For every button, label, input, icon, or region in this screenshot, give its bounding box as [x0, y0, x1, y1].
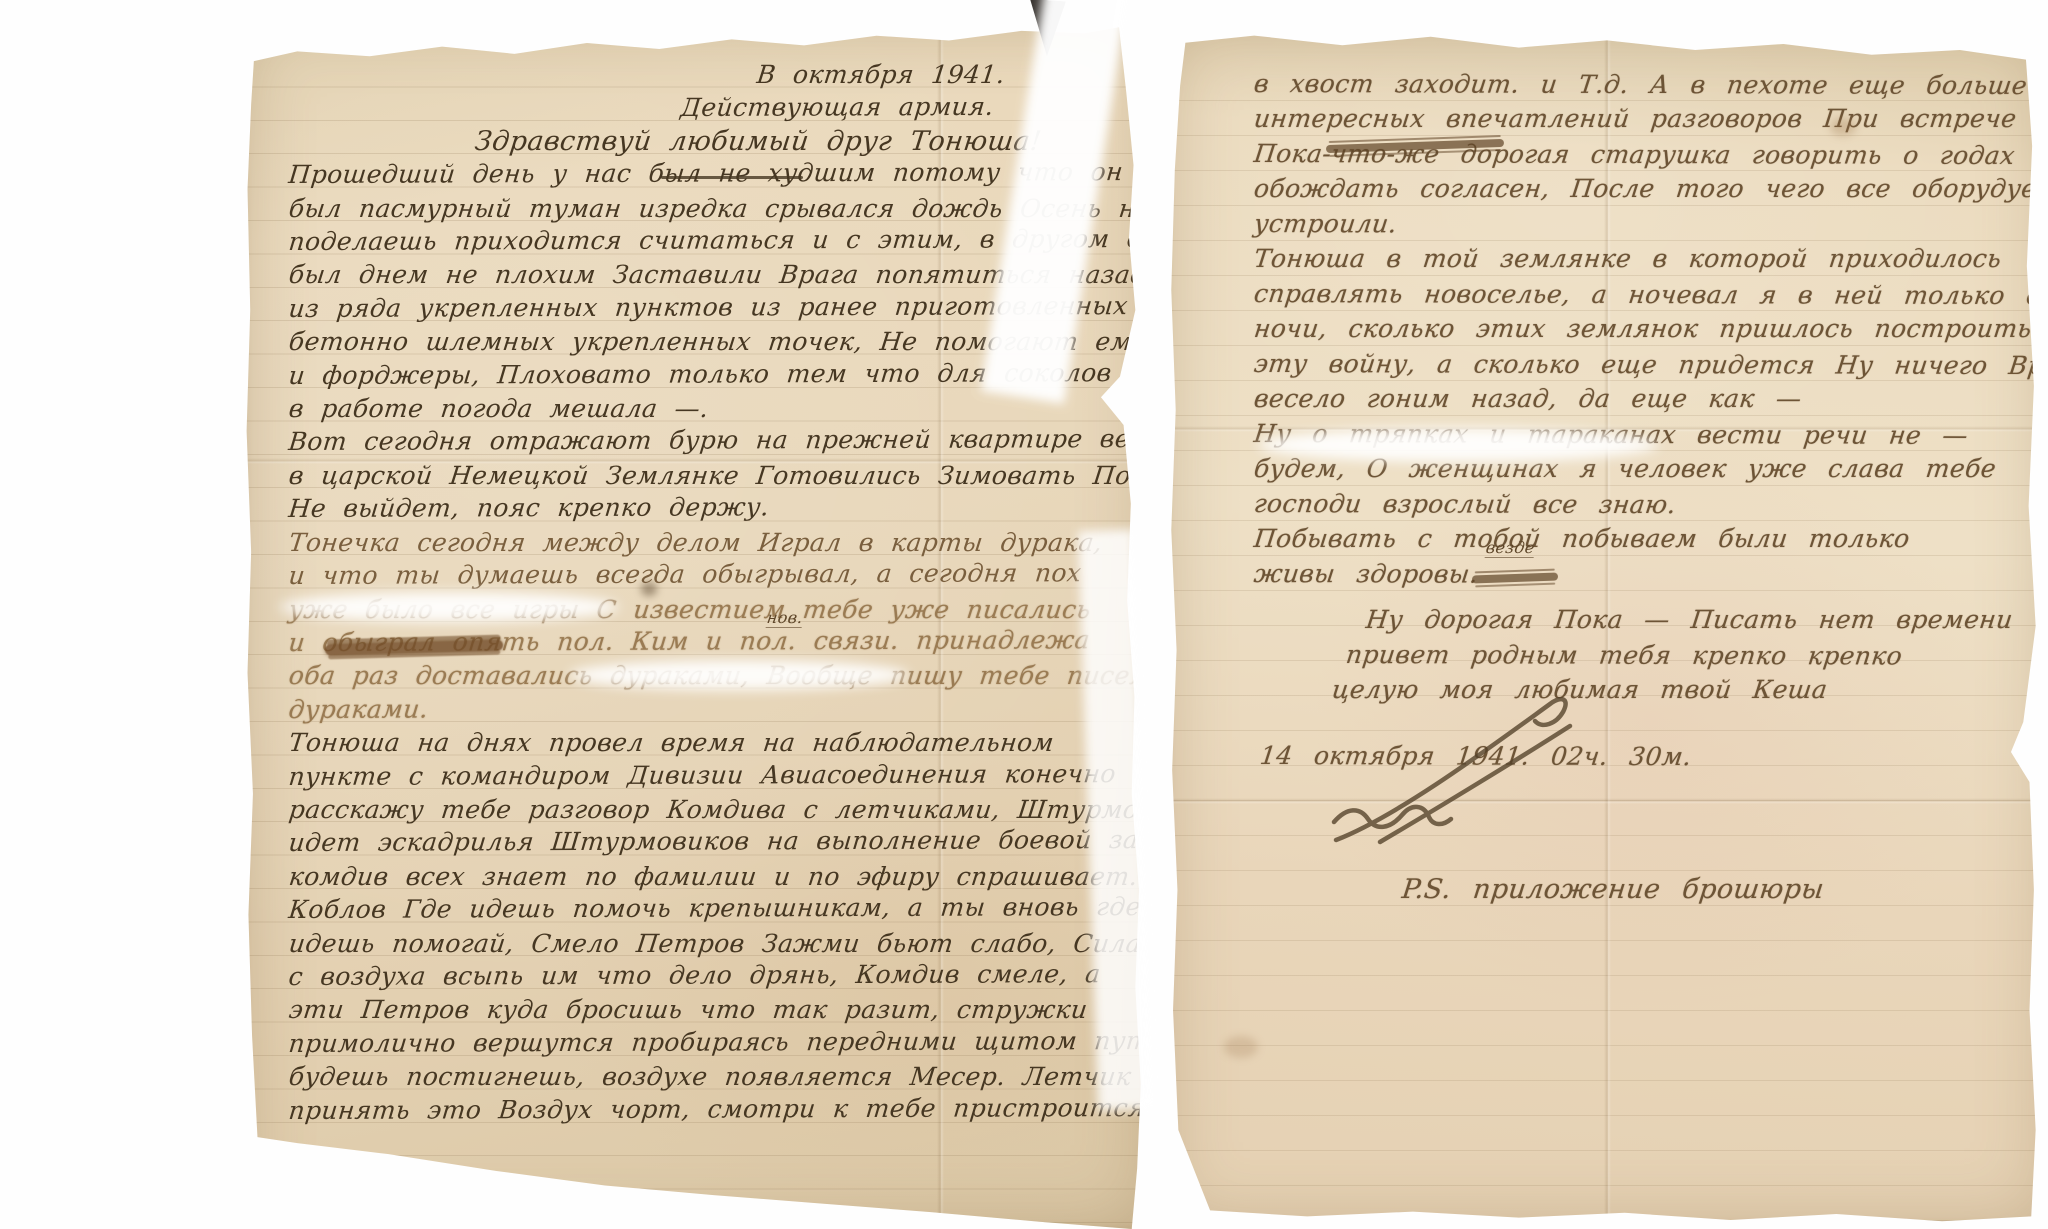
handwritten-line: Прошедший день у нас был не худшим потом… — [287, 155, 1117, 191]
handwritten-line: Побывать с тобой побываем были только — [1252, 521, 2022, 556]
handwritten-line: Тонюша в той землянке в которой приходил… — [1252, 241, 2022, 276]
handwritten-line: Не выйдет, пояс крепко держу. — [287, 489, 1117, 525]
handwritten-line: ночи, сколько этих землянок пришлось пос… — [1252, 311, 2022, 346]
handwritten-line: был днем не плохим Заставили Врага попят… — [287, 258, 1117, 291]
signature-flourish — [1314, 682, 1624, 862]
letter-scan: В октября 1941. Действующая армия. Здрав… — [0, 0, 2048, 1229]
handwritten-line: был пасмурный туман изредка срывался дож… — [287, 192, 1117, 225]
handwritten-line: интересных впечатлений разговоров При вс… — [1252, 101, 2022, 136]
handwritten-line: и что ты думаешь всегда обыгрывал, а сег… — [287, 556, 1117, 592]
handwritten-line: эти Петров куда бросишь что так разит, с… — [287, 993, 1117, 1026]
handwritten-line: Тонюша на днях провел время на наблюдате… — [287, 726, 1117, 759]
handwritten-line: будем, О женщинах я человек уже слава те… — [1252, 451, 2022, 486]
handwritten-line: поделаешь приходится считаться и с этим,… — [287, 222, 1117, 258]
handwritten-line: пункте с командиром Дивизии Авиасоединен… — [287, 757, 1117, 793]
foxing-spot — [1224, 1036, 1258, 1058]
handwritten-line: господи взрослый все знаю. — [1252, 486, 2022, 523]
handwritten-line: принять это Воздух чорт, смотри к тебе п… — [287, 1091, 1117, 1127]
handwritten-line: оба раз доставались дураками, Вообще пиш… — [287, 659, 1117, 692]
handwritten-line: с воздуха всыпь им что дело дрянь, Комди… — [287, 957, 1117, 993]
handwritten-line: в хвост заходит. и Т.д. А в пехоте еще б… — [1252, 66, 2022, 103]
handwritten-line: дураками. — [287, 690, 1117, 726]
postscript-line: P.S. приложение брошюры — [1400, 872, 2022, 907]
handwritten-line: эту войну, а сколько еще придется Ну нич… — [1252, 346, 2022, 383]
handwritten-line: Тонечка сегодня между делом Играл в карт… — [287, 526, 1117, 559]
letter-page-2: в хвост заходит. и Т.д. А в пехоте еще б… — [1166, 26, 2048, 1226]
handwritten-line: идешь помогай, Смело Петров Зажми бьют с… — [287, 927, 1117, 960]
handwritten-line: Пока-что-же дорогая старушка говорить о … — [1252, 136, 2022, 173]
handwritten-line: будешь постигнешь, воздухе появляется Ме… — [287, 1060, 1117, 1093]
handwritten-line: весело гоним назад, да еще как — — [1252, 381, 2022, 416]
handwritten-line: в царской Немецкой Землянке Готовились З… — [287, 459, 1117, 492]
closing-line: Ну дорогая Пока — Писать нет времени — [1364, 602, 2022, 637]
handwritten-line: уже было все игры С известием тебе уже п… — [287, 593, 1117, 626]
handwritten-line: справлять новоселье, а ночевал я в ней т… — [1252, 276, 2022, 313]
handwritten-line: примолично вершутся пробираясь передними… — [287, 1024, 1117, 1060]
greeting-underline — [661, 176, 803, 179]
page1-handwriting: В октября 1941. Действующая армия. Здрав… — [287, 58, 1113, 1127]
handwritten-line: Вот сегодня отражают бурю на прежней ква… — [287, 423, 1117, 459]
handwritten-line: Ну о тряпках и тараканах вести речи не — — [1252, 416, 2022, 453]
handwritten-line: в работе погода мешала —. — [287, 392, 1117, 425]
handwritten-line: идет эскадрилья Штурмовиков на выполнени… — [287, 823, 1117, 859]
handwritten-line: расскажу тебе разговор Комдива с летчика… — [287, 793, 1117, 826]
handwritten-line: Коблов Где идешь помочь крепышникам, а т… — [287, 890, 1117, 926]
closing-line: привет родным тебя крепко крепко — [1344, 637, 2022, 674]
handwritten-line: обождать согласен, После того чего все о… — [1252, 171, 2022, 206]
handwritten-line: комдив всех знает по фамилии и по эфиру … — [287, 860, 1117, 893]
handwritten-line: живы здоровы. — [1252, 556, 2022, 593]
handwritten-line: устроили. — [1252, 206, 2022, 243]
insertion-word: нов. — [766, 608, 805, 628]
insertion-word: везде — [1485, 538, 1536, 558]
